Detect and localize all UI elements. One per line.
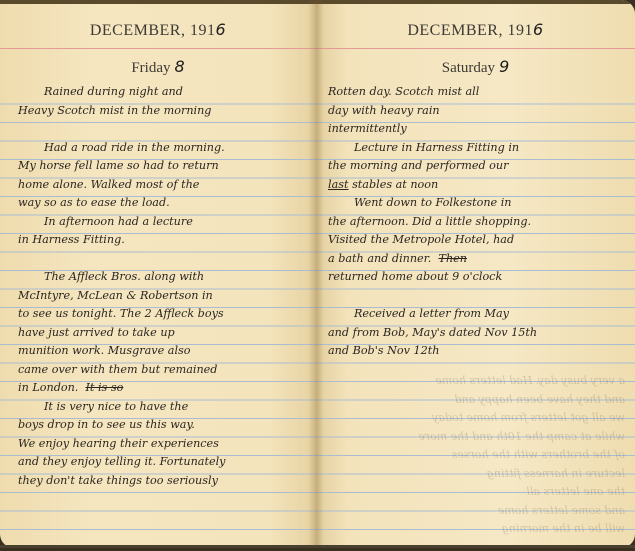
handwritten-line: Heavy Scotch mist in the morning	[18, 102, 308, 121]
line-text: boys drop in to see us this way.	[18, 418, 195, 431]
handwritten-line: a bath and dinner. Then	[328, 250, 627, 269]
line-text: in London.	[18, 381, 78, 394]
left-page: DECEMBER, 1916 Friday8 Rained during nig…	[0, 0, 316, 548]
year-handwritten-digit: 6	[533, 20, 544, 39]
handwritten-line: It is very nice to have the	[18, 398, 308, 417]
handwritten-line: last stables at noon	[328, 176, 627, 195]
handwritten-line: Went down to Folkestone in	[328, 194, 627, 213]
handwritten-line: boys drop in to see us this way.	[18, 416, 308, 435]
line-text: came over with them but remained	[18, 363, 217, 376]
line-text: In afternoon had a lecture	[44, 215, 193, 228]
entry-text-friday: Rained during night andHeavy Scotch mist…	[18, 83, 308, 490]
page-gutter-shadow	[308, 0, 316, 548]
entry-text-saturday: Rotten day. Scotch mist allday with heav…	[328, 83, 627, 361]
weekday-label: Saturday	[442, 60, 495, 76]
handwritten-line: Rotten day. Scotch mist all	[328, 83, 627, 102]
line-text: Rained during night and	[44, 85, 183, 98]
month-year-printed: DECEMBER, 191	[90, 22, 216, 39]
handwritten-line: munition work. Musgrave also	[18, 342, 308, 361]
line-text	[18, 252, 22, 265]
line-text: Had a road ride in the morning.	[44, 141, 225, 154]
line-text: stables at noon	[352, 178, 438, 191]
line-text: home alone. Walked most of the	[18, 178, 199, 191]
handwritten-line: Visited the Metropole Hotel, had	[328, 231, 627, 250]
line-text: munition work. Musgrave also	[18, 344, 191, 357]
handwritten-line: in London. It is so	[18, 379, 308, 398]
line-text: My horse fell lame so had to return	[18, 159, 219, 172]
binding-top-edge	[316, 0, 635, 4]
line-text: McIntyre, McLean & Robertson in	[18, 289, 213, 302]
line-text: returned home about 9 o'clock	[328, 270, 502, 283]
handwritten-line	[328, 287, 627, 306]
handwritten-line	[18, 250, 308, 269]
month-year-printed: DECEMBER, 191	[407, 22, 533, 39]
book-bottom-edge	[0, 545, 635, 548]
line-text: Visited the Metropole Hotel, had	[328, 233, 514, 246]
line-text: they don't take things too seriously	[18, 474, 218, 487]
line-text: and they enjoy telling it. Fortunately	[18, 455, 225, 468]
line-text: the morning and performed our	[328, 159, 508, 172]
handwritten-line: Had a road ride in the morning.	[18, 139, 308, 158]
line-text	[18, 122, 22, 135]
line-text	[328, 289, 332, 302]
line-text: way so as to ease the load.	[18, 196, 170, 209]
line-text: We enjoy hearing their experiences	[18, 437, 219, 450]
handwritten-line: The Affleck Bros. along with	[18, 268, 308, 287]
line-text: It is very nice to have the	[44, 400, 188, 413]
handwritten-line: to see us tonight. The 2 Affleck boys	[18, 305, 308, 324]
handwritten-line: home alone. Walked most of the	[18, 176, 308, 195]
handwritten-line: returned home about 9 o'clock	[328, 268, 627, 287]
diary-spread: DECEMBER, 1916 Friday8 Rained during nig…	[0, 0, 635, 548]
line-text: The Affleck Bros. along with	[44, 270, 204, 283]
day-header: Friday8	[0, 57, 316, 77]
handwritten-line: came over with them but remained	[18, 361, 308, 380]
line-text: Rotten day. Scotch mist all	[328, 85, 479, 98]
line-text: day with heavy rain	[328, 104, 440, 117]
handwritten-line: have just arrived to take up	[18, 324, 308, 343]
day-number-handwritten: 9	[499, 57, 509, 76]
month-header: DECEMBER, 1916	[0, 20, 316, 40]
line-text: in Harness Fitting.	[18, 233, 125, 246]
struck-out-text: Then	[438, 252, 467, 265]
binding-top-edge	[0, 0, 316, 4]
line-text: Received a letter from May	[354, 307, 509, 320]
handwritten-line: My horse fell lame so had to return	[18, 157, 308, 176]
handwritten-line: and they enjoy telling it. Fortunately	[18, 453, 308, 472]
handwritten-line: intermittently	[328, 120, 627, 139]
header-red-rule	[316, 48, 635, 49]
bleed-through-text: a very busy day. Had letters home and th…	[334, 372, 625, 539]
handwritten-line	[18, 120, 308, 139]
handwritten-line: day with heavy rain	[328, 102, 627, 121]
handwritten-line: We enjoy hearing their experiences	[18, 435, 308, 454]
handwritten-line: they don't take things too seriously	[18, 472, 308, 491]
handwritten-line: way so as to ease the load.	[18, 194, 308, 213]
page-gutter-shadow	[316, 0, 324, 548]
handwritten-line: and from Bob, May's dated Nov 15th	[328, 324, 627, 343]
handwritten-line: in Harness Fitting.	[18, 231, 308, 250]
line-text: have just arrived to take up	[18, 326, 175, 339]
line-text: and from Bob, May's dated Nov 15th	[328, 326, 537, 339]
underlined-word: last	[328, 178, 349, 191]
handwritten-line: In afternoon had a lecture	[18, 213, 308, 232]
line-text: Heavy Scotch mist in the morning	[18, 104, 211, 117]
struck-out-text: It is so	[86, 381, 124, 394]
line-text: to see us tonight. The 2 Affleck boys	[18, 307, 224, 320]
handwritten-line: and Bob's Nov 12th	[328, 342, 627, 361]
month-header: DECEMBER, 1916	[316, 20, 635, 40]
line-text: a bath and dinner.	[328, 252, 431, 265]
handwritten-line: the afternoon. Did a little shopping.	[328, 213, 627, 232]
handwritten-line: McIntyre, McLean & Robertson in	[18, 287, 308, 306]
line-text: Went down to Folkestone in	[354, 196, 512, 209]
line-text: and Bob's Nov 12th	[328, 344, 439, 357]
handwritten-line: Rained during night and	[18, 83, 308, 102]
year-handwritten-digit: 6	[215, 20, 226, 39]
right-page: DECEMBER, 1916 Saturday9 a very busy day…	[316, 0, 635, 548]
day-number-handwritten: 8	[174, 57, 184, 76]
handwritten-line: the morning and performed our	[328, 157, 627, 176]
handwritten-line: Received a letter from May	[328, 305, 627, 324]
line-text: intermittently	[328, 122, 407, 135]
day-header: Saturday9	[316, 57, 635, 77]
handwritten-line: Lecture in Harness Fitting in	[328, 139, 627, 158]
line-text: the afternoon. Did a little shopping.	[328, 215, 531, 228]
line-text: Lecture in Harness Fitting in	[354, 141, 519, 154]
weekday-label: Friday	[131, 60, 170, 76]
header-red-rule	[0, 48, 316, 49]
